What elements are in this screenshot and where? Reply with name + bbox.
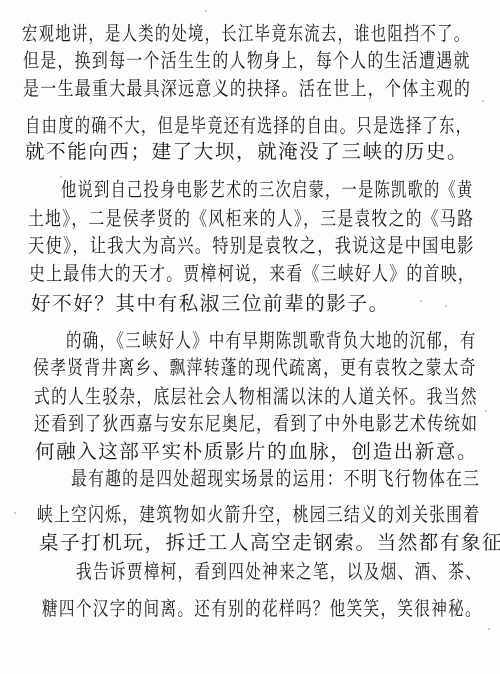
text-line: 式的人生驳杂，底层社会人物相濡以沫的人道关怀。我当然 xyxy=(34,386,478,408)
text-line-indented: 的确，《三峡好人》中有早期陈凯歌背负大地的沉郁，有 xyxy=(66,330,477,352)
scan-speck xyxy=(485,410,487,412)
text-line: 侯孝贤背井离乡、飘萍转蓬的现代疏离，更有袁牧之蒙太奇 xyxy=(33,357,477,379)
scanned-book-page: 宏观地讲，是人类的处境，长江毕竟东流去，谁也阻挡不了。 但是，换到每一个活生生的… xyxy=(0,0,500,674)
text-line: 何融入这部平实朴质影片的血脉，创造出新意。 xyxy=(35,441,478,463)
scan-speck xyxy=(205,10,207,12)
text-line: 但是，换到每一个活生生的人物身上，每个人的生活遭遇就 xyxy=(23,50,471,72)
scan-speck xyxy=(488,628,490,630)
text-line: 峡上空闪烁，建筑物如火箭升空，桃园三结义的刘关张围着 xyxy=(37,504,480,526)
text-line: 史上最伟大的天才。贾樟柯说，来看《三峡好人》的首映， xyxy=(29,263,475,285)
scan-speck xyxy=(60,176,62,178)
scan-speck xyxy=(445,305,447,307)
text-line-indented: 最有趣的是四处超现实场景的运用：不明飞行物体在三 xyxy=(71,468,480,490)
text-line-indented: 他说到自己投身电影艺术的三次启蒙，一是陈凯歌的《黄 xyxy=(61,179,474,201)
text-line: 宏观地讲，是人类的处境，长江毕竟东流去，谁也阻挡不了。 xyxy=(22,23,470,45)
text-line: 糖四个汉字的间离。还有别的花样吗？他笑笑，笑很神秘。 xyxy=(42,598,482,620)
scan-speck xyxy=(482,100,484,102)
text-line: 天使》，让我大为高兴。特别是袁牧之，我说这是中国电影 xyxy=(28,235,475,257)
text-line: 是一生最重大最具深远意义的抉择。活在世上，个体主观的 xyxy=(23,78,471,100)
scan-speck xyxy=(420,300,422,302)
text-line-indented: 我告诉贾樟柯，看到四处神来之笔，以及烟、酒、茶、 xyxy=(76,561,482,583)
text-line: 还看到了狄西嘉与安东尼奥尼，看到了中外电影艺术传统如 xyxy=(34,413,478,435)
scan-speck xyxy=(14,512,16,514)
text-line: 土地》，二是侯孝贤的《风柜来的人》，三是袁牧之的《马路 xyxy=(28,208,474,230)
text-line: 好不好？其中有私淑三位前辈的影子。 xyxy=(31,293,390,315)
text-line: 就不能向西；建了大坝，就淹没了三峡的历史。 xyxy=(25,141,468,163)
text-line: 自由度的确不大，但是毕竟还有选择的自由。只是选择了东， xyxy=(25,115,472,137)
text-line: 桌子打机玩，拆迁工人高空走钢索。当然都有象征意义。 xyxy=(39,532,500,554)
